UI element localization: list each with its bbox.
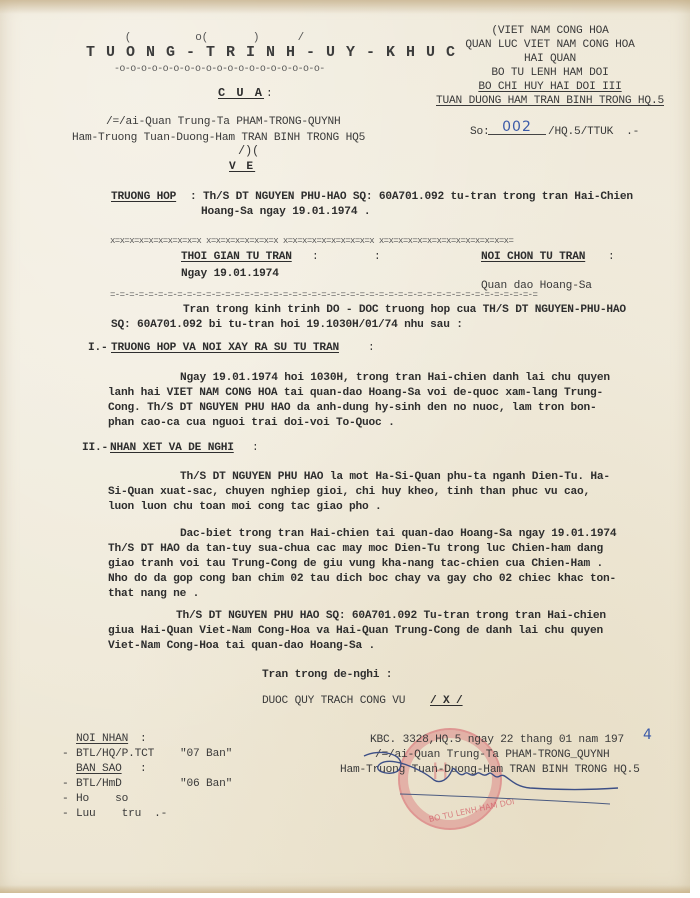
- section-2-colon: :: [252, 441, 259, 455]
- cua-colon: :: [266, 87, 273, 101]
- header-line-5: BO CHI HUY HAI DOI III: [400, 80, 700, 94]
- section-2-para3-line-2: giua Hai-Quan Viet-Nam Cong-Hoa va Hai-Q…: [108, 624, 603, 638]
- section-1-number: I.-: [88, 341, 108, 355]
- copy-prefix-1: -: [62, 777, 69, 791]
- section-2-para2-line-3: giao tranh voi tau Trung-Cong de giu vun…: [108, 557, 603, 571]
- copy-name-2: Ho so: [76, 792, 128, 806]
- section-2-title: NHAN XET VA DE NGHI: [110, 441, 234, 455]
- time-value: Ngay 19.01.1974: [181, 267, 279, 281]
- copy-copies-1: "06 Ban": [180, 777, 232, 791]
- intro-line-1: Tran trong kinh trinh DO - DOC truong ho…: [183, 303, 626, 317]
- author-line-1: /=/ai-Quan Trung-Ta PHAM-TRONG-QUYNH: [106, 115, 341, 129]
- right-header: (VIET NAM CONG HOA QUAN LUC VIET NAM CON…: [400, 24, 700, 108]
- recipient-prefix: -: [62, 747, 69, 761]
- section-2-para2-line-5: that nang ne .: [108, 587, 199, 601]
- so-number: 002: [488, 120, 546, 135]
- intro-line-2: SQ: 60A701.092 bi tu-tran hoi 19.1030H/0…: [111, 318, 463, 332]
- header-line-1: (VIET NAM CONG HOA: [400, 24, 700, 38]
- place-date: KBC. 3328,HQ.5 ngay 22 thang 01 nam 197: [370, 733, 624, 747]
- section-1-line-4: phan cao-ca cua nguoi trai doi-voi To-Qu…: [108, 416, 395, 430]
- ve-heading: V E: [229, 160, 255, 174]
- section-1-title: TRUONG HOP VA NOI XAY RA SU TU TRAN: [111, 341, 339, 355]
- so-suffix: /HQ.5/TTUK .-: [548, 125, 639, 139]
- cua-heading: C U A: [218, 86, 264, 100]
- handwritten-signature: [360, 750, 620, 810]
- section-2-para1-line-3: luon luon chu toan moi cong tac giao pho…: [108, 500, 382, 514]
- separator-x: x=x=x=x=x=x=x=x=x=x x=x=x=x=x=x=x=x x=x=…: [110, 234, 513, 248]
- ve-accent: /)(: [238, 144, 259, 158]
- closing-merit: DUOC QUY TRACH CONG VU: [262, 694, 405, 708]
- header-line-4: BO TU LENH HAM DOI: [400, 66, 700, 80]
- section-1-colon: :: [368, 341, 375, 355]
- section-2-para3-line-1: Th/S DT NGUYEN PHU HAO SQ: 60A701.092 Tu…: [176, 609, 606, 623]
- copies-label: BAN SAO: [76, 762, 122, 776]
- section-1-line-1: Ngay 19.01.1974 hoi 1030H, trong tran Ha…: [180, 371, 610, 385]
- subject-label: TRUONG HOP: [111, 190, 176, 204]
- year-handwritten: 4: [643, 728, 652, 742]
- recipient-name: BTL/HQ/P.TCT: [76, 747, 154, 761]
- section-1-line-3: Cong. Th/S DT NGUYEN PHU HAO da anh-dung…: [108, 401, 597, 415]
- copy-prefix-2: -: [62, 792, 69, 806]
- time-label: THOI GIAN TU TRAN: [181, 250, 292, 264]
- recipient-copies: "07 Ban": [180, 747, 232, 761]
- place-label: NOI CHON TU TRAN: [481, 250, 585, 264]
- section-2-number: II.-: [82, 441, 108, 455]
- header-line-6: TUAN DUONG HAM TRAN BINH TRONG HQ.5: [400, 94, 700, 108]
- section-2-para1-line-1: Th/S DT NGUYEN PHU HAO la mot Ha-Si-Quan…: [180, 470, 610, 484]
- closing-mark: / X /: [430, 694, 463, 708]
- copy-prefix-3: -: [62, 807, 69, 821]
- section-2-para2-line-4: Nho do da gop cong ban chim 02 tau dich …: [108, 572, 616, 586]
- author-line-2: Ham-Truong Tuan-Duong-Ham TRAN BINH TRON…: [72, 131, 365, 145]
- closing-request: Tran trong de-nghi :: [262, 668, 392, 682]
- subject-line-2: Hoang-Sa ngay 19.01.1974 .: [201, 205, 370, 219]
- place-colon: :: [608, 250, 615, 264]
- mid-colon: :: [374, 250, 381, 264]
- separator-dash: =-=-=-=-=-=-=-=-=-=-=-=-=-=-=-=-=-=-=-=-…: [110, 288, 537, 302]
- section-2-para1-line-2: Si-Quan xuat-sac, chuyen nghiep gioi, ch…: [108, 485, 590, 499]
- section-2-para2-line-1: Dac-biet trong tran Hai-chien tai quan-d…: [180, 527, 616, 541]
- subject-line-1: : Th/S DT NGUYEN PHU-HAO SQ: 60A701.092 …: [190, 190, 633, 204]
- title-accents: ( o( ) /: [112, 31, 304, 45]
- copy-name-1: BTL/HmD: [76, 777, 122, 791]
- title-ornament: -o-o-o-o-o-o-o-o-o-o-o-o-o-o-o-o-o-o-o-: [114, 63, 325, 77]
- section-2-para2-line-2: Th/S DT HAO da tan-tuy sua-chua cac may …: [108, 542, 603, 556]
- recipients-colon: :: [140, 732, 147, 746]
- time-colon: :: [312, 250, 319, 264]
- so-label: So:: [470, 125, 490, 139]
- header-line-2: QUAN LUC VIET NAM CONG HOA: [400, 38, 700, 52]
- header-line-3: HAI QUAN: [400, 52, 700, 66]
- section-2-para3-line-3: Viet-Nam Cong-Hoa tai quan-dao Hoang-Sa …: [108, 639, 375, 653]
- copies-colon: :: [140, 762, 147, 776]
- recipients-label: NOI NHAN: [76, 732, 128, 746]
- section-1-line-2: lanh hai VIET NAM CONG HOA tai quan-dao …: [108, 386, 603, 400]
- copy-name-3: Luu tru .-: [76, 807, 167, 821]
